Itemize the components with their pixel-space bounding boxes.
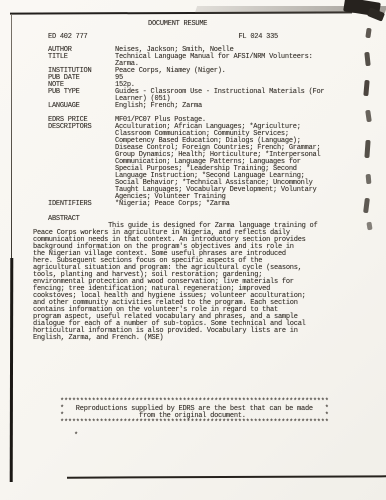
field-value: Peace Corps, Niamey (Niger). xyxy=(115,68,358,75)
field-row-pub-type: PUB TYPE Guides - Classroom Use - Instru… xyxy=(48,89,358,103)
scan-artifact-top-line xyxy=(10,11,352,14)
field-row-descriptors: DESCRIPTORS Acculturation; African Langu… xyxy=(48,124,358,201)
abstract-text: This guide is designed for Zarma languag… xyxy=(33,223,363,342)
field-row-language: LANGUAGE English; French; Zarma xyxy=(48,103,358,110)
scan-artifact-margin-mark xyxy=(365,110,372,123)
field-row-identifiers: IDENTIFIERS *Nigeria; Peace Corps; *Zarm… xyxy=(48,201,358,208)
field-value: Technical Language Manual for AFSI/NRM V… xyxy=(115,54,358,68)
field-value: Acculturation; African Languages; *Agric… xyxy=(115,124,358,201)
field-row-institution: INSTITUTION Peace Corps, Niamey (Niger). xyxy=(48,68,358,75)
scan-artifact-margin-mark xyxy=(363,198,370,213)
field-value: *Nigeria; Peace Corps; *Zarma xyxy=(115,201,358,208)
field-row-title: TITLE Technical Language Manual for AFSI… xyxy=(48,54,358,68)
field-value: Guides - Classroom Use - Instructional M… xyxy=(115,89,358,103)
scan-artifact-corner-blob xyxy=(343,0,381,17)
ed-number: ED 402 777 xyxy=(48,34,88,41)
scan-artifact-margin-mark xyxy=(364,52,370,66)
field-label: DESCRIPTORS xyxy=(48,124,115,131)
field-label: TITLE xyxy=(48,54,115,61)
scan-artifact-left-edge xyxy=(10,258,14,482)
stray-asterisk-mark: * xyxy=(74,433,78,440)
field-row-pub-date: PUB DATE 95 xyxy=(48,75,358,82)
field-label: IDENTIFIERS xyxy=(48,201,115,208)
field-label: LANGUAGE xyxy=(48,103,115,110)
scan-artifact-margin-mark xyxy=(365,28,371,39)
document-resume-header: DOCUMENT RESUME xyxy=(148,21,207,28)
scan-artifact-margin-mark xyxy=(363,80,369,96)
fl-number: FL 024 335 xyxy=(238,34,278,41)
field-value: English; French; Zarma xyxy=(115,103,358,110)
scan-artifact-top-smear xyxy=(195,6,386,13)
scan-artifact-margin-mark xyxy=(366,174,372,184)
scan-artifact-left-edge xyxy=(11,14,12,264)
scanned-document-page: DOCUMENT RESUME ED 402 777 FL 024 335 AU… xyxy=(0,0,386,500)
scan-artifact-bottom-line xyxy=(67,475,386,478)
field-label: PUB TYPE xyxy=(48,89,115,96)
edrs-reproduction-banner: ****************************************… xyxy=(60,399,329,427)
scan-artifact-margin-mark xyxy=(364,140,370,158)
scan-artifact-corner-blob xyxy=(367,7,385,21)
bibliographic-fields: AUTHOR Neises, Jackson; Smith, Noelle TI… xyxy=(48,47,358,208)
field-value: 95 xyxy=(115,75,358,82)
scan-artifact-margin-mark xyxy=(366,222,372,231)
banner-asterisk-row: ****************************************… xyxy=(60,420,329,427)
